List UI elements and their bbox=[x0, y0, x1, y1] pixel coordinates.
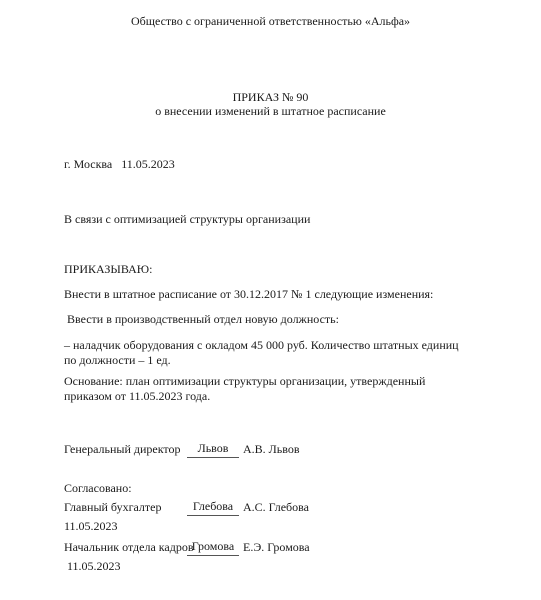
approver-position: Главный бухгалтер bbox=[64, 500, 161, 515]
organization-name: Общество с ограниченной ответственностью… bbox=[0, 14, 541, 29]
approved-label: Согласовано: bbox=[64, 481, 132, 496]
place-date: г. Москва 11.05.2023 bbox=[64, 157, 175, 172]
director-name: А.В. Львов bbox=[243, 442, 300, 457]
paragraph-new-position: Ввести в производственный отдел новую до… bbox=[64, 312, 484, 327]
order-subtitle: о внесении изменений в штатное расписани… bbox=[0, 104, 541, 119]
approver-name: Е.Э. Громова bbox=[243, 540, 310, 555]
director-position: Генеральный директор bbox=[64, 442, 181, 457]
approver-date: 11.05.2023 bbox=[67, 559, 121, 574]
order-word: ПРИКАЗЫВАЮ: bbox=[64, 262, 152, 277]
paragraph-basis: Основание: план оптимизации структуры ор… bbox=[64, 374, 464, 404]
order-title: ПРИКАЗ № 90 bbox=[0, 90, 541, 105]
approver-date: 11.05.2023 bbox=[64, 519, 118, 534]
approver-signature: Глебова bbox=[187, 499, 239, 516]
approver-position: Начальник отдела кадров bbox=[64, 540, 194, 555]
approver-name: А.С. Глебова bbox=[243, 500, 309, 515]
director-signature: Львов bbox=[187, 441, 239, 458]
order-reason: В связи с оптимизацией структуры организ… bbox=[64, 212, 310, 227]
paragraph-changes: Внести в штатное расписание от 30.12.201… bbox=[64, 287, 484, 302]
approver-signature: Громова bbox=[187, 539, 239, 556]
paragraph-position-details: – наладчик оборудования с окладом 45 000… bbox=[64, 338, 464, 368]
